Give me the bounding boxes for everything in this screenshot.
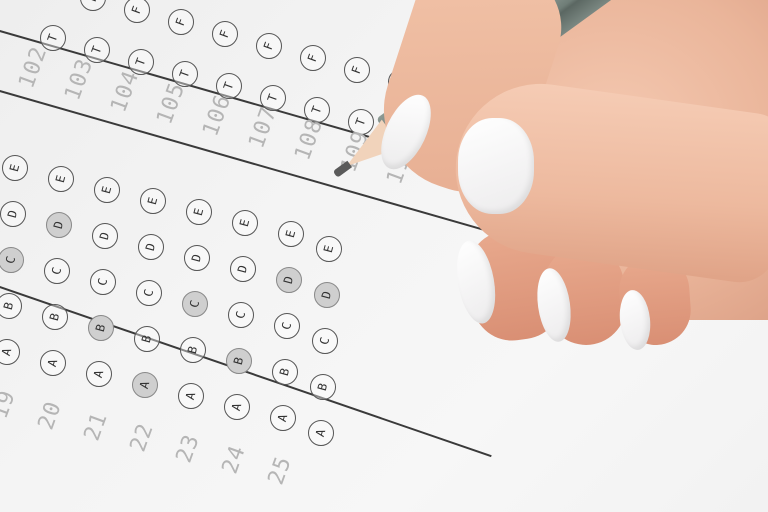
false-bubble: F xyxy=(124,0,150,23)
false-bubble: F xyxy=(344,57,370,83)
thumb-nail xyxy=(458,118,534,214)
choice-bubble-b: B xyxy=(180,337,206,363)
choice-bubble-d: D xyxy=(314,282,340,308)
question-number: 21 xyxy=(80,409,113,444)
choice-bubble-b: B xyxy=(0,293,22,319)
false-bubble: F xyxy=(300,45,326,71)
choice-bubble-c: C xyxy=(312,328,338,354)
choice-bubble-c: C xyxy=(136,280,162,306)
choice-bubble-a: A xyxy=(40,350,66,376)
false-bubble: F xyxy=(168,9,194,35)
question-number: 20 xyxy=(34,398,67,433)
question-number: 22 xyxy=(126,420,159,455)
choice-bubble-e: E xyxy=(94,177,120,203)
choice-bubble-b: B xyxy=(272,359,298,385)
choice-bubble-c: C xyxy=(182,291,208,317)
choice-bubble-b: B xyxy=(134,326,160,352)
choice-bubble-d: D xyxy=(46,212,72,238)
true-bubble: T xyxy=(40,25,66,51)
choice-bubble-c: C xyxy=(274,313,300,339)
choice-bubble-d: D xyxy=(184,245,210,271)
choice-bubble-a: A xyxy=(224,394,250,420)
question-number: 25 xyxy=(264,453,297,488)
question-number: 108 xyxy=(290,115,328,164)
choice-bubble-d: D xyxy=(92,223,118,249)
choice-bubble-b: B xyxy=(42,304,68,330)
answer-sheet-photo: TFTFTFTFTFTFTFTFTF1021031041051061071081… xyxy=(0,0,768,512)
question-number: 106 xyxy=(198,91,236,140)
choice-bubble-b: B xyxy=(88,315,114,341)
false-bubble: F xyxy=(256,33,282,59)
question-number: 24 xyxy=(218,442,251,477)
choice-bubble-d: D xyxy=(0,201,26,227)
question-number: 103 xyxy=(60,55,98,104)
choice-bubble-a: A xyxy=(308,420,334,446)
choice-bubble-b: B xyxy=(226,348,252,374)
choice-bubble-e: E xyxy=(278,221,304,247)
false-bubble: F xyxy=(80,0,106,11)
choice-bubble-a: A xyxy=(132,372,158,398)
choice-bubble-a: A xyxy=(178,383,204,409)
choice-bubble-d: D xyxy=(138,234,164,260)
choice-bubble-c: C xyxy=(44,258,70,284)
choice-bubble-c: C xyxy=(90,269,116,295)
choice-bubble-a: A xyxy=(86,361,112,387)
choice-bubble-e: E xyxy=(316,236,342,262)
false-bubble: F xyxy=(212,21,238,47)
choice-bubble-d: D xyxy=(230,256,256,282)
choice-bubble-c: C xyxy=(0,247,24,273)
choice-bubble-c: C xyxy=(228,302,254,328)
choice-bubble-a: A xyxy=(270,405,296,431)
question-number: 19 xyxy=(0,387,21,422)
choice-bubble-d: D xyxy=(276,267,302,293)
choice-bubble-e: E xyxy=(186,199,212,225)
choice-bubble-a: A xyxy=(0,339,20,365)
choice-bubble-e: E xyxy=(232,210,258,236)
choice-bubble-e: E xyxy=(140,188,166,214)
question-number: 104 xyxy=(106,67,144,116)
choice-bubble-b: B xyxy=(310,374,336,400)
choice-bubble-e: E xyxy=(2,155,28,181)
question-number: 105 xyxy=(152,79,190,128)
question-number: 102 xyxy=(14,43,52,92)
question-number: 107 xyxy=(244,103,282,152)
choice-bubble-e: E xyxy=(48,166,74,192)
question-number: 23 xyxy=(172,431,205,466)
